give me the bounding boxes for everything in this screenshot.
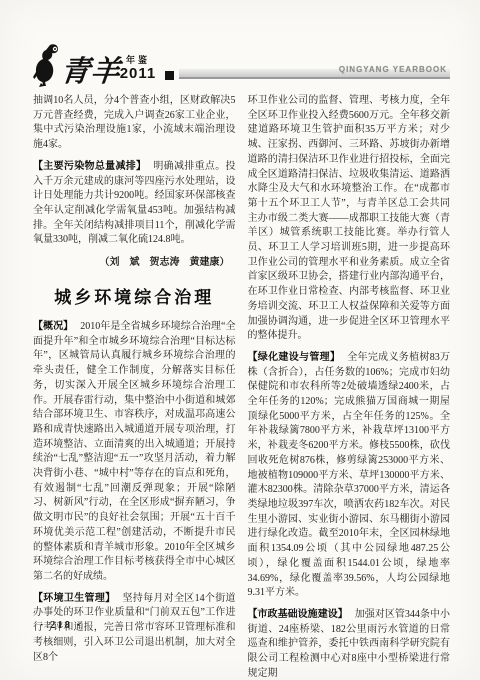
entry-label: 【市政基础设施建设】 bbox=[248, 609, 348, 620]
entry-pollutant-reduction: 【主要污染物总量减排】明确减排重点。投入千万余元建成的康河等四座污水处理站，设计… bbox=[33, 160, 236, 248]
two-column-body: 抽调10名人员，分4个普查小组，区财政解决5万元普查经费，完成入户调查26家工业… bbox=[33, 94, 450, 680]
entry-label: 【环境卫生管理】 bbox=[33, 593, 115, 604]
paragraph-continuation: 环卫作业公司的监督、管理、考核力度，全年全区环卫作业投入经费5600万元。全年移… bbox=[248, 94, 451, 344]
black-square-marker bbox=[165, 71, 174, 80]
paragraph-continuation: 抽调10名人员，分4个普查小组，区财政解决5万元普查经费，完成入户调查26家工业… bbox=[33, 94, 236, 153]
ram-logo-icon bbox=[31, 43, 61, 87]
entry-text: 明确减排重点。投入千万余元建成的康河等四座污水处理站，设计日处理能力共计9200… bbox=[33, 161, 236, 246]
logo-year: 2011 bbox=[115, 66, 161, 81]
entry-label: 【主要污染物总量减排】 bbox=[33, 161, 146, 172]
page-header: 青羊 年鉴 2011 QINGYANG YEARBOOK bbox=[33, 40, 450, 88]
paragraph-text: 环卫作业公司的监督、管理、考核力度，全年全区环卫作业投入经费5600万元。全年移… bbox=[248, 95, 451, 341]
logo-subtitle: 年鉴 bbox=[115, 56, 161, 65]
yearbook-page: 青羊 年鉴 2011 QINGYANG YEARBOOK 抽调10名人员，分4个… bbox=[0, 0, 480, 680]
entry-label: 【绿化建设与管理】 bbox=[248, 352, 341, 363]
logo-year-stack: 年鉴 2011 bbox=[115, 56, 161, 81]
entry-text: 全年完成义务植树83万株（含折合），占任务数的106%；完成市妇幼保健院和市农科… bbox=[248, 352, 451, 598]
entry-label: 【概况】 bbox=[33, 321, 73, 332]
entry-overview: 【概况】2010年是全省城乡环境综合治理“全面提升年”和全市城乡环境综合治理“目… bbox=[33, 320, 236, 585]
left-column: 抽调10名人员，分4个普查小组，区财政解决5万元普查经费，完成入户调查26家工业… bbox=[33, 94, 236, 680]
page-number: · 218 · bbox=[40, 620, 82, 631]
entry-greening-management: 【绿化建设与管理】全年完成义务植树83万株（含折合），占任务数的106%；完成市… bbox=[248, 351, 451, 601]
logo-title-calligraphy: 青羊 bbox=[59, 49, 123, 90]
header-banner-text: QINGYANG YEARBOOK bbox=[339, 65, 447, 74]
header-rule-bar: QINGYANG YEARBOOK bbox=[179, 69, 450, 79]
entry-municipal-infrastructure: 【市政基础设施建设】加强对区管344条中小街道、24座桥梁、182公里雨污水管道… bbox=[248, 608, 451, 680]
entry-text: 2010年是全省城乡环境综合治理“全面提升年”和全市城乡环境综合治理“目标达标年… bbox=[33, 321, 236, 582]
author-attribution: （刘 斌 贺志涛 黄建康） bbox=[33, 255, 230, 270]
chapter-title: 城乡环境综合治理 bbox=[33, 283, 236, 308]
paragraph-text: 抽调10名人员，分4个普查小组，区财政解决5万元普查经费，完成入户调查26家工业… bbox=[33, 95, 236, 150]
right-column: 环卫作业公司的监督、管理、考核力度，全年全区环卫作业投入经费5600万元。全年移… bbox=[248, 94, 451, 680]
